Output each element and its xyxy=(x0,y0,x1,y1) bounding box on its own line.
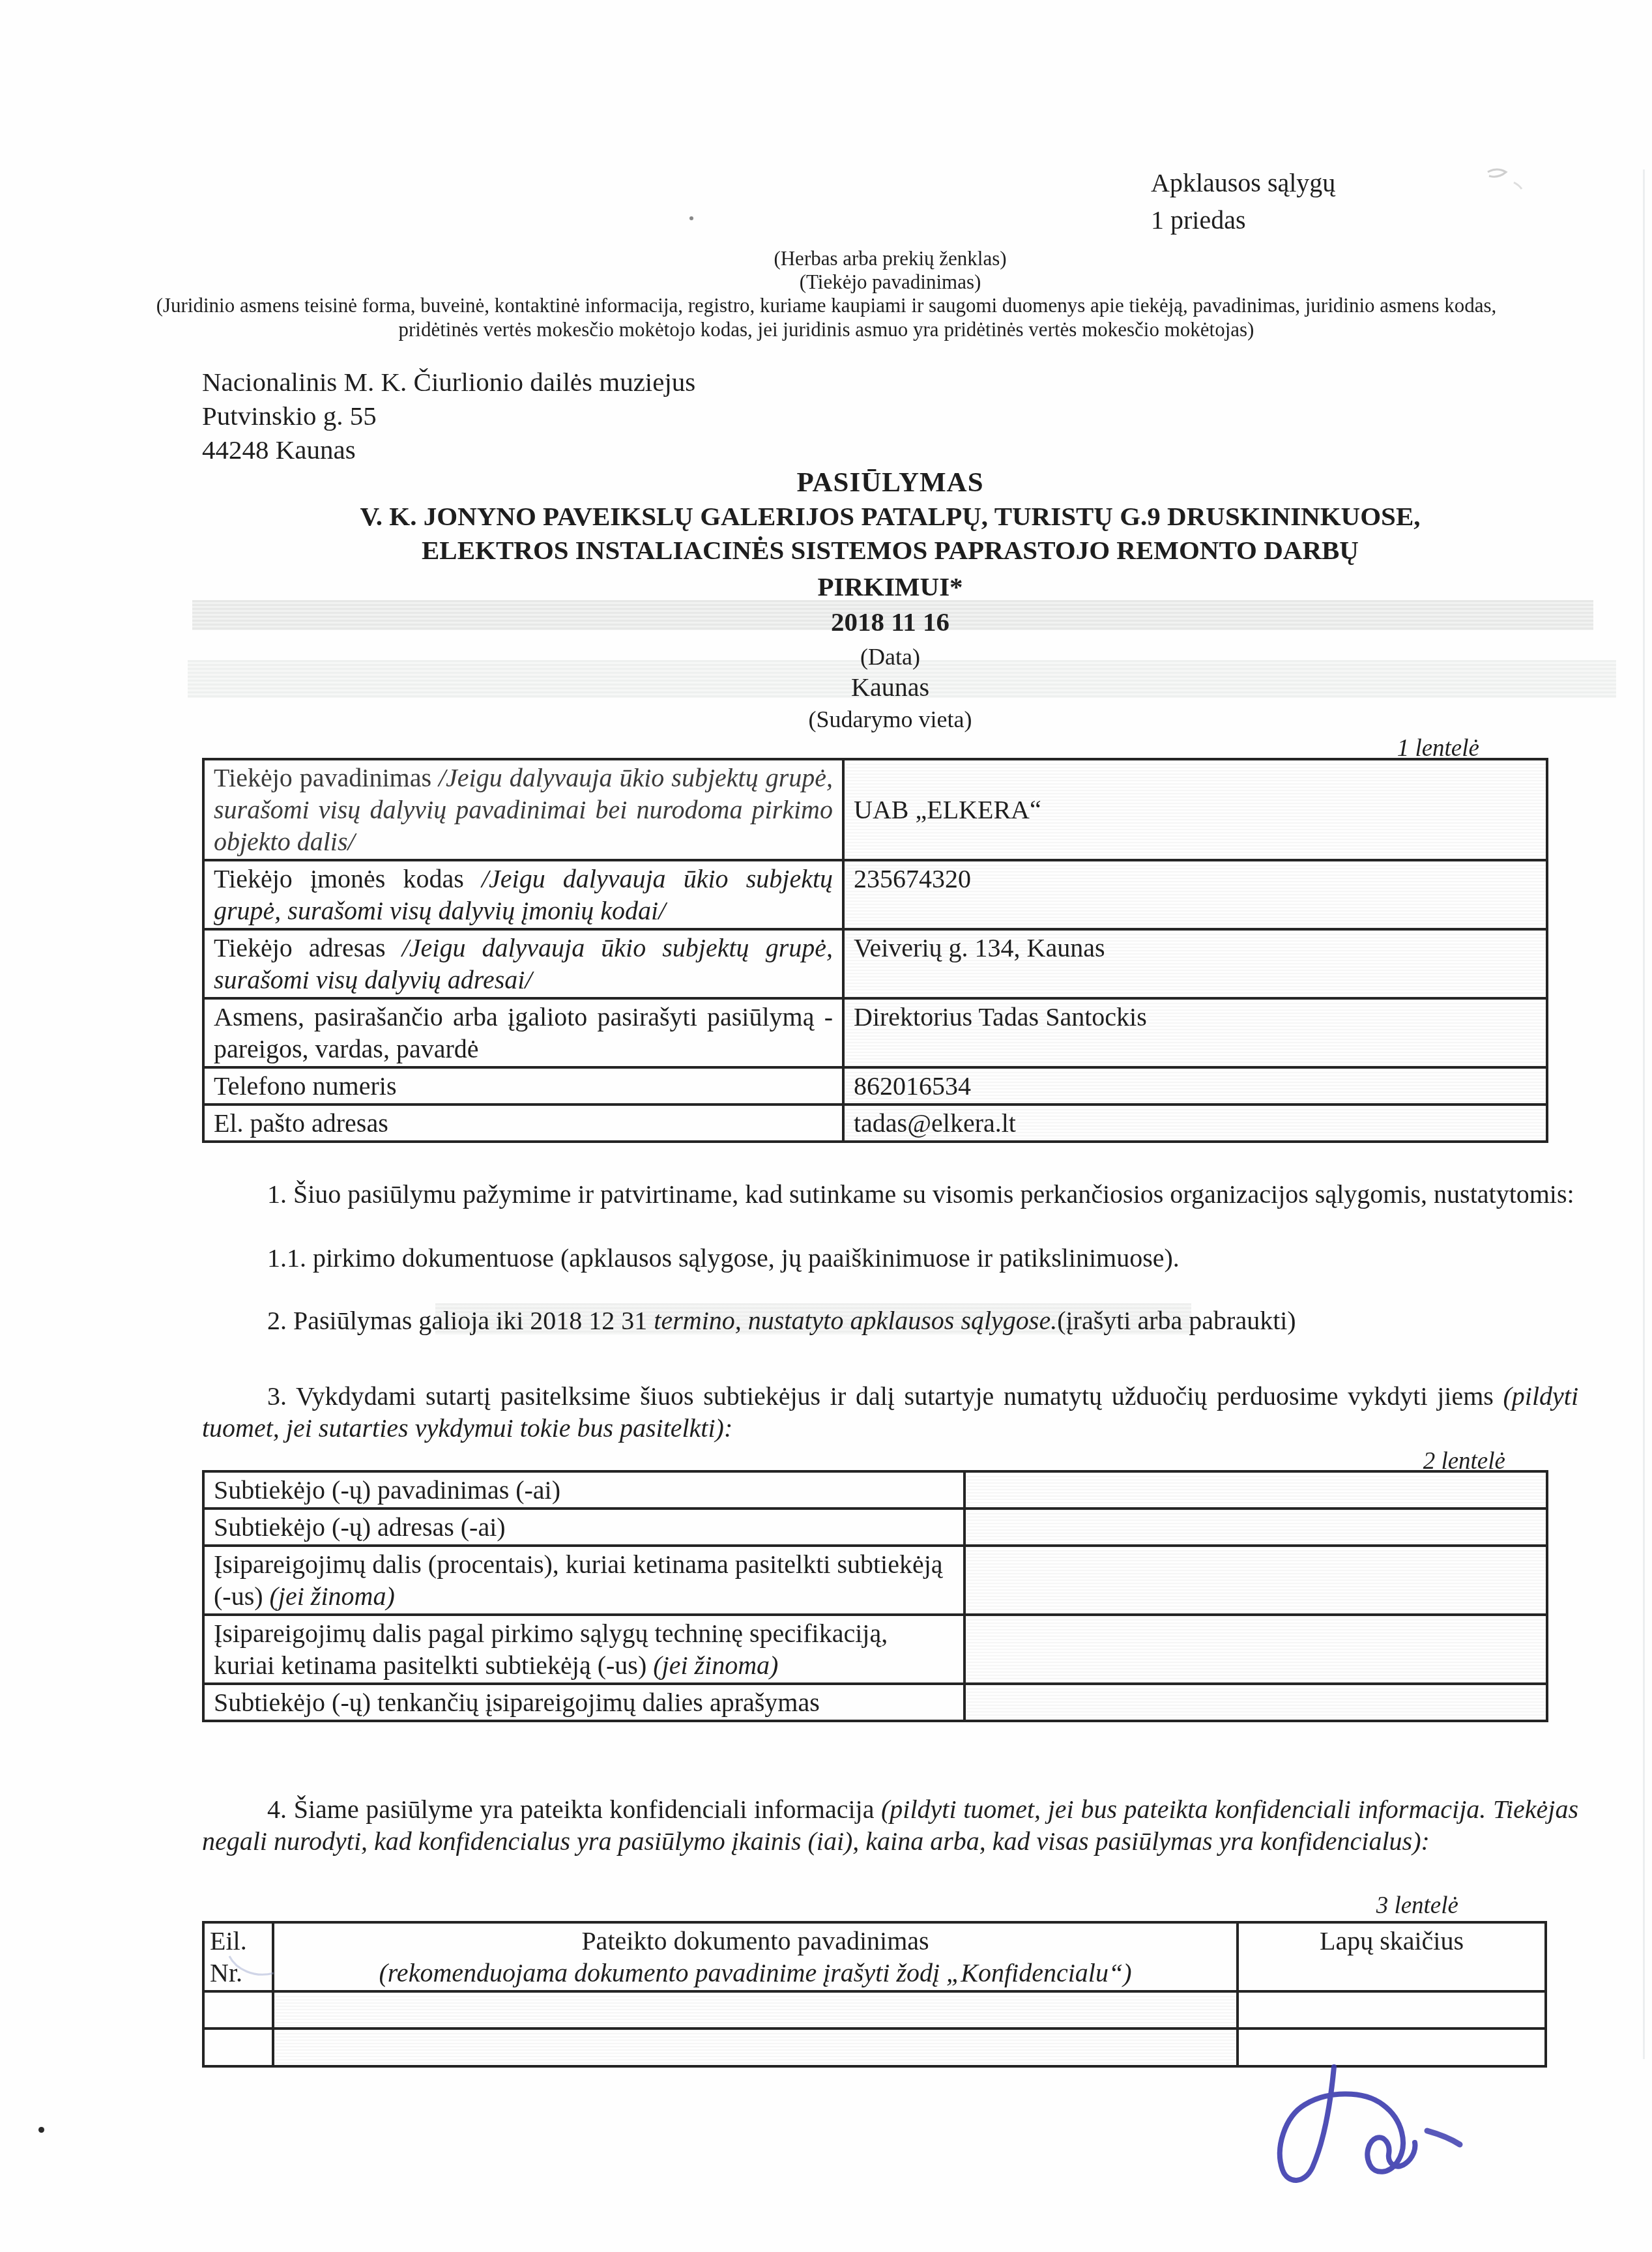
table-row: El. pašto adresas tadas@elkera.lt xyxy=(203,1104,1547,1142)
addressee-street: Putvinskio g. 55 xyxy=(202,399,695,433)
table-row xyxy=(203,1991,1546,2028)
email-label: El. pašto adresas xyxy=(203,1104,843,1142)
empty-cell xyxy=(203,1991,273,2028)
faint-ink-smudge xyxy=(222,1948,287,1987)
subcontractor-table-wrap: Subtiekėjo (-ų) pavadinimas (-ai) Subtie… xyxy=(202,1470,1546,1722)
obligation-spec-value xyxy=(964,1615,1547,1684)
paragraph-3: 3. Vykdydami sutartį pasitelksime šiuos … xyxy=(202,1380,1578,1444)
company-code-label: Tiekėjo įmonės kodas /Jeigu dalyvauja ūk… xyxy=(203,860,843,929)
supplier-name-placeholder: (Tiekėjo pavadinimas) xyxy=(202,270,1578,294)
place-label: (Sudarymo vieta) xyxy=(202,704,1578,736)
paper-edge-line xyxy=(1643,169,1645,2059)
supplier-address-value: Veiverių g. 134, Kaunas xyxy=(843,929,1547,998)
document-title: PASIŪLYMAS xyxy=(202,467,1578,498)
paragraph-1: 1. Šiuo pasiūlymu pažymime ir patvirtina… xyxy=(202,1178,1578,1210)
phone-label: Telefono numeris xyxy=(203,1067,843,1104)
supplier-name-label: Tiekėjo pavadinimas /Jeigu dalyvauja ūki… xyxy=(203,759,843,860)
annex-label-line2: 1 priedas xyxy=(1151,201,1335,238)
signer-value: Direktorius Tadas Santockis xyxy=(843,998,1547,1067)
paragraph-4: 4. Šiame pasiūlyme yra pateikta konfiden… xyxy=(202,1793,1578,1857)
obligation-desc-value xyxy=(964,1684,1547,1721)
table-row: Įsipareigojimų dalis (procentais), kuria… xyxy=(203,1546,1547,1615)
table2-caption: 2 lentelė xyxy=(202,1445,1505,1477)
empty-cell xyxy=(203,2028,273,2066)
supplier-info-table: Tiekėjo pavadinimas /Jeigu dalyvauja ūki… xyxy=(202,758,1548,1143)
annex-label: Apklausos sąlygų 1 priedas xyxy=(1151,164,1335,238)
col-document-name-note: (rekomenduojama dokumento pavadinime įra… xyxy=(283,1957,1227,1989)
obligation-percent-label: Įsipareigojimų dalis (procentais), kuria… xyxy=(203,1546,964,1615)
email-value: tadas@elkera.lt xyxy=(843,1104,1547,1142)
obligation-percent-value xyxy=(964,1546,1547,1615)
signer-label: Asmens, pasirašančio arba įgalioto pasir… xyxy=(203,998,843,1067)
addressee-city: 44248 Kaunas xyxy=(202,433,695,467)
date-label: (Data) xyxy=(202,641,1578,673)
empty-cell xyxy=(273,2028,1238,2066)
subcontractor-table: Subtiekėjo (-ų) pavadinimas (-ai) Subtie… xyxy=(202,1470,1548,1722)
addressee-block: Nacionalinis M. K. Čiurlionio dailės muz… xyxy=(202,365,695,467)
table-row: Subtiekėjo (-ų) adresas (-ai) xyxy=(203,1509,1547,1546)
annex-label-line1: Apklausos sąlygų xyxy=(1151,164,1335,201)
obligation-spec-label: Įsipareigojimų dalis pagal pirkimo sąlyg… xyxy=(203,1615,964,1684)
col-page-count: Lapų skaičius xyxy=(1238,1922,1546,1991)
ink-speck xyxy=(38,2127,44,2133)
supplier-info-table-wrap: Tiekėjo pavadinimas /Jeigu dalyvauja ūki… xyxy=(202,758,1546,1143)
addressee-name: Nacionalinis M. K. Čiurlionio dailės muz… xyxy=(202,365,695,399)
empty-cell xyxy=(1238,1991,1546,2028)
table-row: Tiekėjo adresas /Jeigu dalyvauja ūkio su… xyxy=(203,929,1547,998)
phone-value: 862016534 xyxy=(843,1067,1547,1104)
col-document-name: Pateikto dokumento pavadinimas (rekomend… xyxy=(273,1922,1238,1991)
obligation-desc-label: Subtiekėjo (-ų) tenkančių įsipareigojimų… xyxy=(203,1684,964,1721)
supplier-name-value: UAB „ELKERA“ xyxy=(843,759,1547,860)
scanned-document-page: Apklausos sąlygų 1 priedas (Herbas arba … xyxy=(0,0,1652,2252)
company-code-value: 235674320 xyxy=(843,860,1547,929)
empty-cell xyxy=(273,1991,1238,2028)
document-date: 2018 11 16 xyxy=(202,606,1578,638)
table3-caption: 3 lentelė xyxy=(202,1890,1458,1922)
title-line3: PIRKIMUI* xyxy=(202,571,1578,603)
paragraph-2: 2. Pasiūlymas galioja iki 2018 12 31 ter… xyxy=(202,1305,1578,1336)
table-row: Tiekėjo įmonės kodas /Jeigu dalyvauja ūk… xyxy=(203,860,1547,929)
table-row: Asmens, pasirašančio arba įgalioto pasir… xyxy=(203,998,1547,1067)
legal-form-note: (Juridinio asmens teisinė forma, buveinė… xyxy=(138,293,1514,341)
table-row: Tiekėjo pavadinimas /Jeigu dalyvauja ūki… xyxy=(203,759,1547,860)
title-line1: V. K. JONYNO PAVEIKSLŲ GALERIJOS PATALPŲ… xyxy=(202,500,1578,532)
table-row: Subtiekėjo (-ų) tenkančių įsipareigojimų… xyxy=(203,1684,1547,1721)
paragraph-1-1: 1.1. pirkimo dokumentuose (apklausos sąl… xyxy=(202,1242,1578,1274)
document-place: Kaunas xyxy=(202,671,1578,703)
subcontractor-address-label: Subtiekėjo (-ų) adresas (-ai) xyxy=(203,1509,964,1546)
supplier-address-label: Tiekėjo adresas /Jeigu dalyvauja ūkio su… xyxy=(203,929,843,998)
pencil-mark xyxy=(1483,163,1535,202)
ink-speck xyxy=(689,216,693,220)
herbas-placeholder: (Herbas arba prekių ženklas) xyxy=(202,246,1578,270)
subcontractor-address-value xyxy=(964,1509,1547,1546)
table-header-row: Eil. Nr. Pateikto dokumento pavadinimas … xyxy=(203,1922,1546,1991)
col-document-name-title: Pateikto dokumento pavadinimas xyxy=(283,1925,1227,1957)
title-line2: ELEKTROS INSTALIACINĖS SISTEMOS PAPRASTO… xyxy=(202,534,1578,566)
table-row: Įsipareigojimų dalis pagal pirkimo sąlyg… xyxy=(203,1615,1547,1684)
table-row: Telefono numeris 862016534 xyxy=(203,1067,1547,1104)
signature-ink xyxy=(1258,2046,1479,2202)
table1-caption: 1 lentelė xyxy=(202,732,1479,764)
